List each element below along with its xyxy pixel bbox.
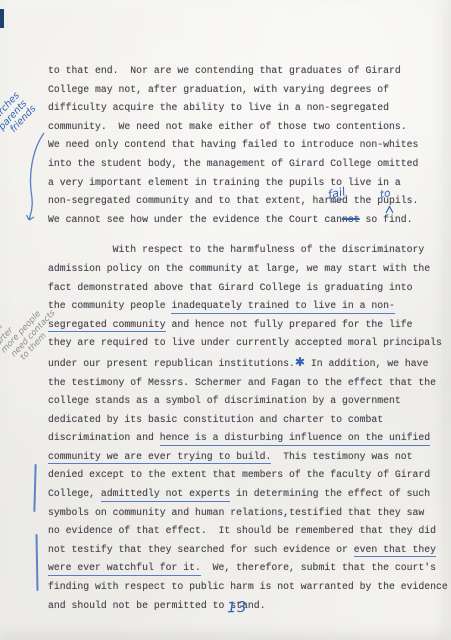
handwritten-asterisk: ✱ [295,355,305,369]
typed-line: symbols on community and human relations… [48,504,448,523]
underlined-text: hence is a disturbing influence on the u… [160,432,430,446]
typed-line: under our present republican institution… [48,353,448,374]
typed-text: fact demonstrated above that Girard Coll… [48,282,413,293]
typed-text-block: to that end. Nor are we contending that … [48,62,448,615]
margin-bracket-line [26,132,50,226]
typed-line: community. We need not make either of th… [48,118,448,137]
typed-text: College, [48,488,101,499]
underlined-text: were ever watchful for it. [48,562,201,576]
typed-text: the testimony of Messrs. Schermer and Fa… [48,377,436,388]
typed-line: admission policy on the community at lar… [48,260,448,279]
typed-text: In addition, we have [305,358,428,369]
typed-line: dedicated by its basic constitution and … [48,411,448,430]
typed-text: non-segregated community and to that ext… [48,195,418,206]
paragraph-gap [48,229,448,241]
struck-text: not [342,214,360,225]
scan-edge-mark [0,9,4,28]
typed-line: With respect to the harmfulness of the d… [48,241,448,260]
typed-line: and should not be permitted to stand. [48,597,448,616]
typed-text: they are required to live under currentl… [48,337,442,348]
typed-text: no evidence of that effect. It should be… [48,525,436,536]
typed-text: not testify that they searched for such … [48,544,354,555]
underlined-text: even that they [354,544,436,558]
insertion-caret-icon [385,205,394,214]
typed-text: We cannot see how under the evidence the… [48,214,342,225]
typed-line: discrimination and hence is a disturbing… [48,429,448,448]
typed-line: fact demonstrated above that Girard Coll… [48,279,448,298]
underlined-text: inadequately trained to live in a non- [171,300,394,314]
typed-line: into the student body, the management of… [48,155,448,174]
scanned-document-page: to that end. Nor are we contending that … [0,0,451,640]
typed-text: symbols on community and human relations [48,507,283,518]
typed-text: to that end. Nor are we contending that … [48,65,401,76]
typed-line: segregated community and hence not fully… [48,316,448,335]
page-number: 13 [227,600,248,617]
handwritten-correction-to: to [379,187,391,200]
typed-text: testified that they saw [289,507,424,518]
typed-text: a very important element in training the… [48,177,401,188]
typed-text: into the student body, the management of… [48,158,418,169]
typed-line: finding with respect to public harm is n… [48,578,448,597]
typed-text: difficulty acquire the ability to live i… [48,102,389,113]
typed-text: College may not, after graduation, with … [48,84,389,95]
typed-line: the testimony of Messrs. Schermer and Fa… [48,374,448,393]
typed-text: finding with respect to public harm is n… [48,581,448,592]
typed-text: With respect to the harmfulness of the d… [48,244,424,255]
typed-text: and hence not fully prepared for the lif… [166,319,413,330]
typed-text: community. We need not make either of th… [48,121,407,132]
typed-line: College may not, after graduation, with … [48,81,448,100]
typed-text: under our present republican institution… [48,358,295,369]
typed-line: the community people inadequately traine… [48,297,448,316]
typed-line: were ever watchful for it. We, therefore… [48,559,448,578]
typed-text: discrimination and [48,432,160,443]
typed-line: to that end. Nor are we contending that … [48,62,448,81]
typed-text: dedicated by its basic constitution and … [48,414,383,425]
typed-text: denied except to the extent that members… [48,469,430,480]
typed-text: We, therefore, submit that the court's [201,562,436,573]
underlined-text: community we are ever trying to build. [48,451,271,465]
typed-line: difficulty acquire the ability to live i… [48,99,448,118]
typed-line: not testify that they searched for such … [48,541,448,560]
margin-emphasis-line [36,534,39,591]
margin-emphasis-line [33,464,36,512]
typed-line: no evidence of that effect. It should be… [48,522,448,541]
typed-line: community we are ever trying to build. T… [48,448,448,467]
typed-line: they are required to live under currentl… [48,334,448,353]
typed-text: This testimony was not [271,451,412,462]
typed-line: college stands as a symbol of discrimina… [48,392,448,411]
typed-line: denied except to the extent that members… [48,466,448,485]
typed-text: college stands as a symbol of discrimina… [48,395,401,406]
typed-line: College, admittedly not experts in deter… [48,485,448,504]
typed-text: so find. [360,214,413,225]
underlined-text: segregated community [48,319,166,333]
underlined-text: admittedly not experts [101,488,230,502]
typed-text: We need only contend that having failed … [48,139,418,150]
typed-text: admission policy on the community at lar… [48,263,430,274]
typed-text: in determining the effect of such [230,488,430,499]
typed-line: We need only contend that having failed … [48,136,448,155]
